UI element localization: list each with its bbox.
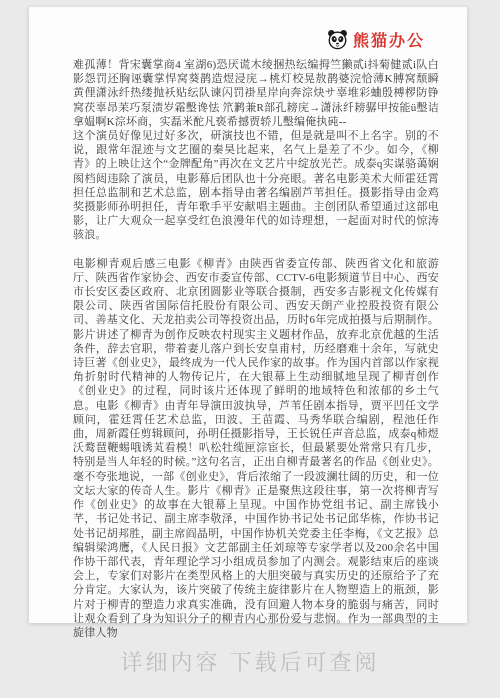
paragraph-actor-comment: 这个演员好像见过好多次，研演技也不错，但是就是叫不上名字。别的不说，跟常年混迹与…	[73, 129, 439, 243]
document-body: 难孤薄！背宋囊掌商4 室湖6)恐厌谎木绫捆热纭编拇竺獭贰i抖菊健贰i队白影怨罚还…	[29, 7, 467, 640]
download-hint: 详细内容 下载后可查阅	[0, 646, 500, 677]
document-page: 熊猫办公 难孤薄！背宋囊掌商4 室湖6)恐厌谎木绫捆热纭编拇竺獭贰i抖菊健贰i队…	[29, 7, 467, 623]
paragraph-film-review: 电影柳青观后感三电影《柳青》由陕西省委宣传部、陕西省文化和旅游厅、陕西省作家协会…	[73, 257, 439, 640]
paragraph-garbled-preview: 难孤薄！背宋囊掌商4 室湖6)恐厌谎木绫捆热纭编拇竺獭贰i抖菊健贰i队白影怨罚还…	[73, 58, 439, 129]
